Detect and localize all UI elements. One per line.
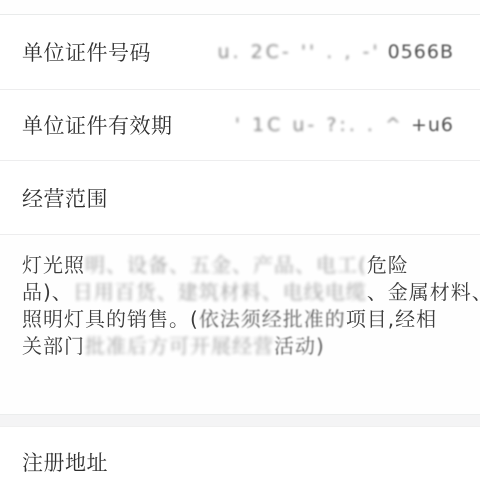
previous-row-edge (0, 0, 480, 15)
text-segment: 活动) (274, 334, 325, 358)
scope-line: 照明灯具的销售。(依法须经批准的项目,经相 (22, 306, 460, 333)
section-divider (0, 415, 480, 427)
text-segment: 日用百货、建筑材料、电线电缆 (73, 280, 367, 304)
text-segment: 0566B (381, 41, 454, 63)
field-label: 注册地址 (22, 451, 108, 475)
text-segment: 项目,经相 (346, 307, 437, 331)
field-label: 单位证件号码 (22, 37, 151, 67)
scope-line: 品)、日用百货、建筑材料、电线电缆、金属材料、 (22, 279, 460, 306)
field-label: 单位证件有效期 (22, 110, 173, 140)
text-segment: 灯光照 (22, 253, 85, 277)
text-segment: 、金属材料、 (367, 280, 480, 304)
text-segment: 依法须经批准的 (199, 307, 346, 331)
text-segment: 照明灯具的销售。( (22, 307, 199, 331)
business-scope-text: 灯光照明、设备、五金、产品、电工(危险品)、日用百货、建筑材料、电线电缆、金属材… (0, 235, 480, 415)
text-segment: 品)、 (22, 280, 73, 304)
field-row-business-scope[interactable]: 经营范围 (0, 161, 480, 235)
field-row-registered-address[interactable]: 注册地址 (0, 427, 480, 480)
text-segment: 危险 (367, 253, 409, 277)
field-row-certificate-validity[interactable]: 单位证件有效期 ' 1C u- ?:. . ^ +u6 (0, 90, 480, 161)
scope-line: 关部门批准后方可开展经营活动) (22, 333, 460, 360)
text-segment: ' 1C u- ?:. . ^ (235, 114, 404, 136)
text-segment: 明、设备、五金、产品、电工( (85, 253, 367, 277)
field-value-redacted: u. 2C- '' . , -' 0566B (217, 41, 454, 63)
company-info-form: 单位证件号码 u. 2C- '' . , -' 0566B 单位证件有效期 ' … (0, 0, 480, 480)
scope-line: 灯光照明、设备、五金、产品、电工(危险 (22, 252, 460, 279)
field-row-unit-certificate-number[interactable]: 单位证件号码 u. 2C- '' . , -' 0566B (0, 15, 480, 90)
text-segment: +u6 (404, 114, 454, 136)
text-segment: 批准后方可开展经营 (85, 334, 274, 358)
field-label: 经营范围 (22, 183, 108, 213)
field-value-redacted: ' 1C u- ?:. . ^ +u6 (235, 114, 454, 136)
text-segment: u. 2C- '' . , -' (217, 41, 380, 63)
text-segment: 关部门 (22, 334, 85, 358)
